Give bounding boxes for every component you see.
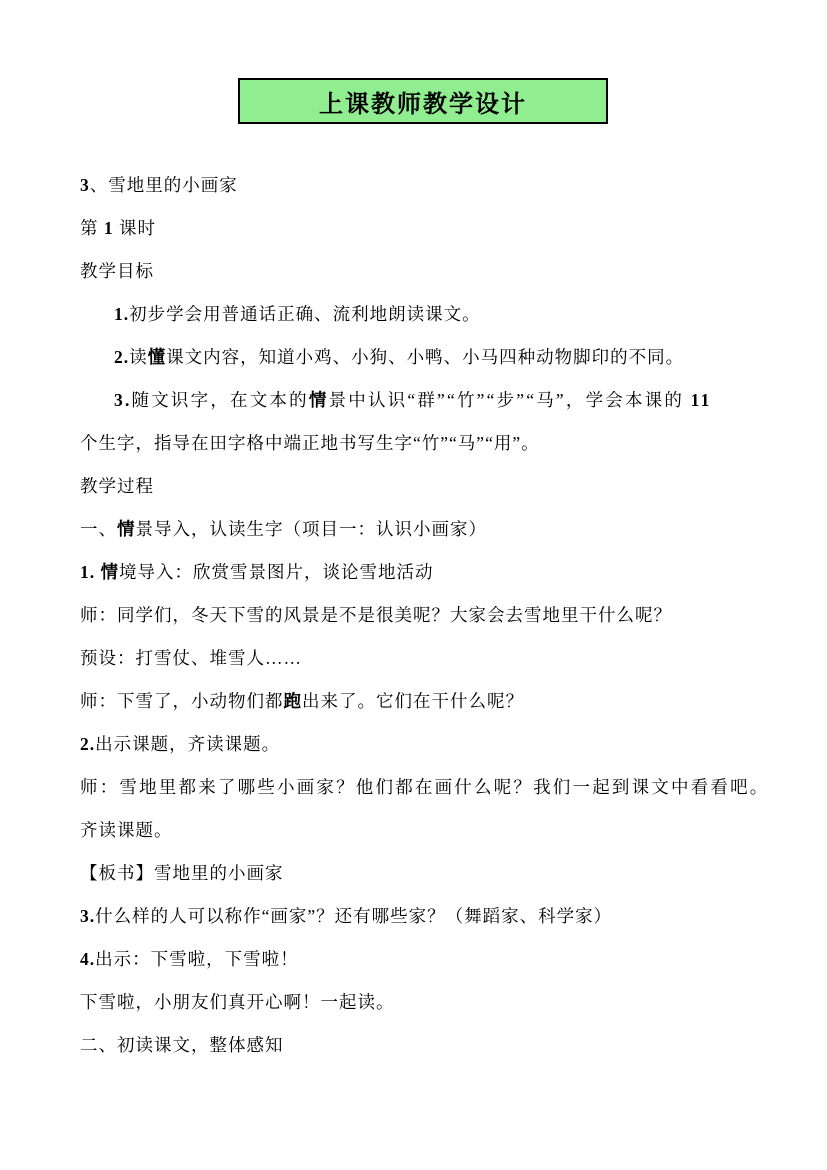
text-run: 下雪啦，小朋友们真开心啊！一起读。 xyxy=(80,992,395,1012)
text-run: 师：雪地里都来了哪些小画家？他们都在画什么呢？我们一起到课文中看看吧。 xyxy=(80,777,770,797)
paragraph-line: 3.什么样的人可以称作“画家”？还有哪些家？（舞蹈家、科学家） xyxy=(80,895,780,938)
text-run-bold: 3. xyxy=(114,390,132,410)
text-run-bold: 1. xyxy=(114,304,129,324)
text-run: 、雪地里的小画家 xyxy=(90,175,238,195)
text-run: 出示：下雪啦，下雪啦！ xyxy=(95,949,299,969)
text-run: 课时 xyxy=(114,218,156,238)
text-run: 出示课题，齐读课题。 xyxy=(95,734,280,754)
paragraph-line: 师：雪地里都来了哪些小画家？他们都在画什么呢？我们一起到课文中看看吧。 xyxy=(80,766,780,809)
paragraph-line: 3、雪地里的小画家 xyxy=(80,164,780,207)
paragraph-line: 个生字，指导在田字格中端正地书写生字“竹”“马”“用”。 xyxy=(80,422,780,465)
text-run: 师：下雪了，小动物们都 xyxy=(80,691,284,711)
text-run-bold: 2. xyxy=(80,734,95,754)
text-run-bold: 3 xyxy=(80,175,90,195)
text-run: 课文内容，知道小鸡、小狗、小鸭、小马四种动物脚印的不同。 xyxy=(166,347,684,367)
text-run: 初步学会用普通话正确、流利地朗读课文。 xyxy=(129,304,481,324)
text-run: 二、初读课文，整体感知 xyxy=(80,1035,284,1055)
text-run: 第 xyxy=(80,218,104,238)
text-run: 景中认识“群”“竹”“步”“马”，学会本课的 xyxy=(329,390,691,410)
text-run: 读 xyxy=(129,347,148,367)
page-title: 上课教师教学设计 xyxy=(319,84,527,119)
paragraph-line: 下雪啦，小朋友们真开心啊！一起读。 xyxy=(80,981,780,1024)
document-page: 上课教师教学设计 3、雪地里的小画家第 1 课时教学目标1.初步学会用普通话正确… xyxy=(0,0,827,1170)
text-run-bold: 懂 xyxy=(148,347,167,367)
text-run: 境导入：欣赏雪景图片，谈论雪地活动 xyxy=(119,562,434,582)
text-run: 个生字，指导在田字格中端正地书写生字“竹”“马”“用”。 xyxy=(80,433,540,453)
paragraph-line: 4.出示：下雪啦，下雪啦！ xyxy=(80,938,780,981)
text-run-bold: 1. xyxy=(80,562,95,582)
text-run: 出来了。它们在干什么呢？ xyxy=(302,691,524,711)
text-run-bold: 4. xyxy=(80,949,95,969)
title-box: 上课教师教学设计 xyxy=(238,78,608,124)
paragraph-line: 1. 情境导入：欣赏雪景图片，谈论雪地活动 xyxy=(80,551,780,594)
text-run: 教学目标 xyxy=(80,261,154,281)
paragraph-line: 二、初读课文，整体感知 xyxy=(80,1024,780,1067)
text-run-bold: 跑 xyxy=(284,691,303,711)
paragraph-line: 预设：打雪仗、堆雪人…… xyxy=(80,637,780,680)
text-run-bold: 11 xyxy=(691,390,712,410)
text-run-bold: 情 xyxy=(101,562,120,582)
text-run-bold: 2. xyxy=(114,347,129,367)
text-run: 随文识字，在文本的 xyxy=(132,390,309,410)
paragraph-line: 教学过程 xyxy=(80,465,780,508)
text-run: 景导入，认读生字（项目一：认识小画家） xyxy=(136,519,488,539)
text-run: 师：同学们，冬天下雪的风景是不是很美呢？大家会去雪地里干什么呢？ xyxy=(80,605,672,625)
paragraph-line: 师：同学们，冬天下雪的风景是不是很美呢？大家会去雪地里干什么呢？ xyxy=(80,594,780,637)
paragraph-line: 1.初步学会用普通话正确、流利地朗读课文。 xyxy=(80,293,780,336)
text-run: 预设：打雪仗、堆雪人…… xyxy=(80,648,302,668)
text-run-bold: 情 xyxy=(309,390,329,410)
paragraph-line: 一、情景导入，认读生字（项目一：认识小画家） xyxy=(80,508,780,551)
document-body: 3、雪地里的小画家第 1 课时教学目标1.初步学会用普通话正确、流利地朗读课文。… xyxy=(80,164,780,1067)
text-run: 齐读课题。 xyxy=(80,820,173,840)
paragraph-line: 【板书】雪地里的小画家 xyxy=(80,852,780,895)
text-run-bold: 1 xyxy=(104,218,114,238)
paragraph-line: 3.随文识字，在文本的情景中认识“群”“竹”“步”“马”，学会本课的 11 xyxy=(80,379,780,422)
paragraph-line: 齐读课题。 xyxy=(80,809,780,852)
text-run: 一、 xyxy=(80,519,117,539)
paragraph-line: 第 1 课时 xyxy=(80,207,780,250)
paragraph-line: 师：下雪了，小动物们都跑出来了。它们在干什么呢？ xyxy=(80,680,780,723)
text-run: 【板书】雪地里的小画家 xyxy=(80,863,284,883)
text-run-bold: 3. xyxy=(80,906,95,926)
paragraph-line: 教学目标 xyxy=(80,250,780,293)
paragraph-line: 2.读懂课文内容，知道小鸡、小狗、小鸭、小马四种动物脚印的不同。 xyxy=(80,336,780,379)
text-run: 什么样的人可以称作“画家”？还有哪些家？（舞蹈家、科学家） xyxy=(95,906,612,926)
paragraph-line: 2.出示课题，齐读课题。 xyxy=(80,723,780,766)
text-run: 教学过程 xyxy=(80,476,154,496)
text-run-bold: 情 xyxy=(117,519,136,539)
